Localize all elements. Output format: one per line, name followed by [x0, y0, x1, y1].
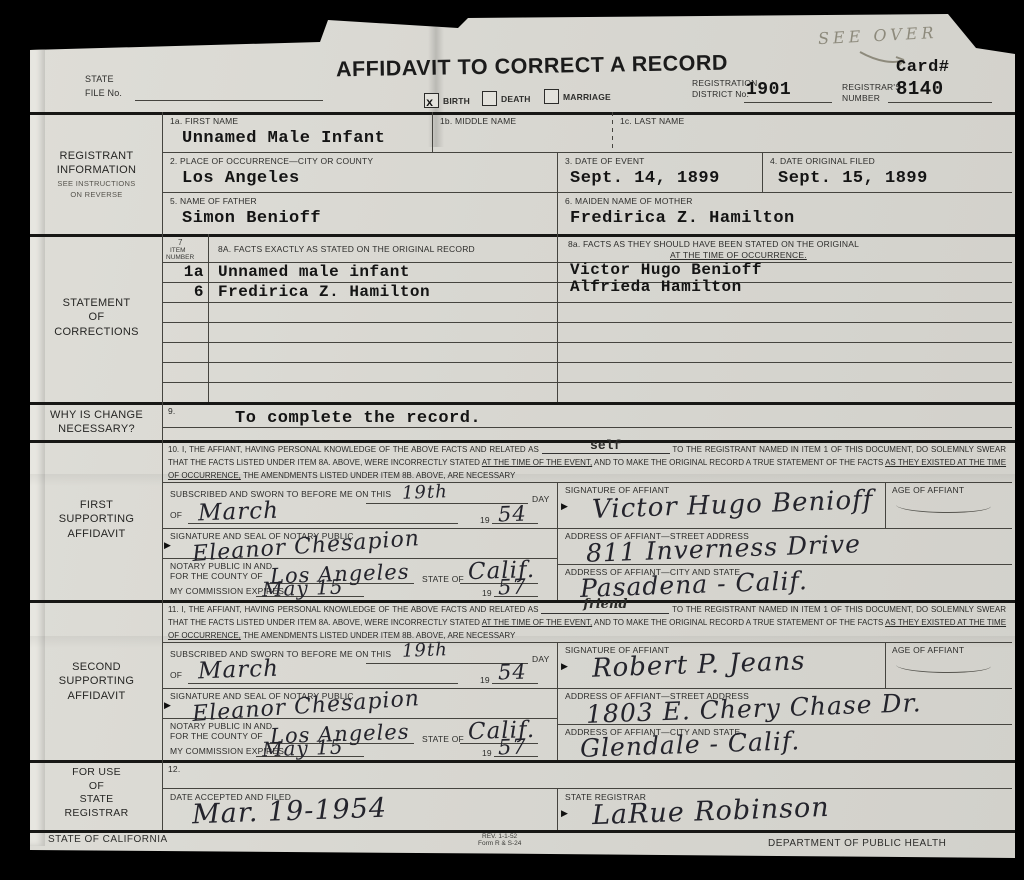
marriage-checkbox	[544, 89, 559, 104]
relation-fill: self	[542, 446, 670, 454]
year-prefix: 19	[480, 515, 490, 525]
footer-department-of-public-health: DEPARTMENT OF PUBLIC HEALTH	[768, 838, 946, 849]
date-original-filed-value: Sept. 15, 1899	[778, 169, 928, 188]
sworn-year-value: 54	[498, 502, 528, 527]
rule	[162, 788, 1012, 789]
registrars-number-label-1: REGISTRAR'S	[842, 82, 901, 92]
registration-district-label-2: DISTRICT No.	[692, 89, 749, 99]
correction-row-item: 6	[170, 283, 204, 301]
rule	[762, 152, 763, 192]
oath-paragraph-first: 10. I, THE AFFIANT, HAVING PERSONAL KNOW…	[168, 444, 1006, 482]
state-of-label: STATE OF	[422, 574, 464, 584]
date-of-event-label: 3. DATE OF EVENT	[565, 156, 645, 166]
rule	[557, 788, 558, 830]
signature-pointer-icon: ▶	[164, 540, 171, 551]
file-no-blank-line	[135, 100, 323, 101]
footer-form-number: Form R & S-24	[478, 840, 521, 847]
file-no-label: FILE No.	[85, 88, 122, 98]
oath-text: AND TO MAKE THE ORIGINAL RECORD A TRUE S…	[594, 458, 883, 467]
scanned-affidavit-document: { "colors":{"paper":"#d8d7d1","ink":"#1b…	[0, 0, 1024, 880]
rule	[30, 600, 1015, 603]
of-label: OF	[170, 670, 182, 680]
rule	[885, 642, 886, 688]
rule	[30, 760, 1015, 763]
form-title: AFFIDAVIT TO CORRECT A RECORD	[336, 51, 728, 83]
correction-row-item: 1a	[170, 263, 204, 281]
rule	[162, 192, 1012, 193]
signature-pointer-icon: ▶	[561, 661, 568, 672]
sidebar-text: STATEMENT	[39, 296, 154, 310]
age-blank-mark	[896, 658, 991, 673]
rule	[162, 362, 1012, 363]
place-of-occurrence-label: 2. PLACE OF OCCURRENCE—CITY OR COUNTY	[170, 156, 373, 166]
first-name-label: 1a. FIRST NAME	[170, 116, 238, 126]
rule	[30, 830, 1015, 833]
rule	[557, 234, 558, 402]
rule	[30, 234, 1015, 237]
oath-text: I, THE AFFIANT, HAVING PERSONAL KNOWLEDG…	[182, 445, 539, 454]
death-checkbox	[482, 91, 497, 106]
rule	[30, 440, 1015, 443]
registration-district-value: 1901	[746, 80, 791, 100]
notary-public-label-2: FOR THE COUNTY OF	[170, 571, 263, 581]
rule	[30, 112, 1015, 115]
sidebar-first-supporting-affidavit: FIRST SUPPORTING AFFIDAVIT	[39, 498, 154, 541]
age-blank-mark	[896, 498, 991, 513]
sidebar-for-use-of-state-registrar: FOR USE OF STATE REGISTRAR	[39, 766, 154, 821]
rule	[162, 322, 1012, 323]
oath-paragraph-second: 11. I, THE AFFIANT, HAVING PERSONAL KNOW…	[168, 604, 1006, 642]
birth-label: BIRTH	[443, 96, 470, 106]
signature-pointer-icon: ▶	[561, 501, 568, 512]
notary-public-label-1: NOTARY PUBLIC IN AND	[170, 561, 272, 571]
birth-checkbox-mark: x	[426, 96, 434, 110]
middle-name-label: 1b. MIDDLE NAME	[440, 116, 516, 126]
oath-text: AND TO MAKE THE ORIGINAL RECORD A TRUE S…	[594, 618, 883, 627]
rule	[162, 342, 1012, 343]
sidebar-text: CORRECTIONS	[39, 325, 154, 339]
state-of-label: STATE OF	[422, 734, 464, 744]
rule	[208, 234, 209, 402]
mother-maiden-name-label: 6. MAIDEN NAME OF MOTHER	[565, 196, 693, 206]
sidebar-text: FOR USE	[39, 766, 154, 780]
rule	[557, 482, 558, 600]
rule	[885, 482, 886, 528]
rule	[432, 112, 433, 152]
item-number-col-label: ITEM	[170, 247, 186, 254]
oath-item-number: 10.	[168, 445, 179, 454]
year-prefix: 19	[482, 748, 492, 758]
sidebar-text: REGISTRAR	[39, 807, 154, 821]
notary-public-label-2: FOR THE COUNTY OF	[170, 731, 263, 741]
affiant-signature-value: Robert P. Jeans	[592, 646, 806, 683]
commission-date-value: May 15	[262, 575, 344, 602]
oath-text: THE AMENDMENTS LISTED UNDER ITEM 8B. ABO…	[243, 471, 515, 480]
sworn-month-value: March	[198, 498, 280, 527]
facts-original-col-label: 8A. FACTS EXACTLY AS STATED ON THE ORIGI…	[218, 244, 475, 254]
sworn-month-value: March	[198, 656, 280, 685]
relation-value: friend	[583, 597, 627, 612]
age-of-affiant-label: AGE OF AFFIANT	[892, 485, 964, 495]
why-value: To complete the record.	[235, 409, 481, 428]
sworn-label: SUBSCRIBED AND SWORN TO BEFORE ME ON THI…	[170, 489, 391, 499]
rule	[162, 528, 1012, 529]
date-of-event-value: Sept. 14, 1899	[570, 169, 720, 188]
relation-fill: friend	[541, 606, 669, 614]
sworn-day-value: 19th	[402, 639, 448, 662]
rule	[557, 152, 558, 234]
place-of-occurrence-value: Los Angeles	[182, 169, 300, 188]
item-12-label: 12.	[168, 764, 180, 774]
oath-text: THE AMENDMENTS LISTED UNDER ITEM 8B. ABO…	[243, 631, 515, 640]
sidebar-note: ON REVERSE	[39, 189, 154, 200]
see-over-annotation: SEE OVER	[818, 23, 938, 48]
correction-row-original: Unnamed male infant	[218, 263, 410, 281]
sidebar-text: OF	[39, 310, 154, 324]
item-number-col-label: 7	[178, 238, 182, 247]
notary-year-value: 57	[498, 575, 528, 600]
correction-row-original: Fredirica Z. Hamilton	[218, 283, 430, 301]
card-number-label: Card#	[896, 58, 950, 77]
sidebar-text: FIRST	[39, 498, 154, 512]
year-prefix: 19	[480, 675, 490, 685]
sidebar-text: SUPPORTING	[39, 512, 154, 526]
last-name-label: 1c. LAST NAME	[620, 116, 684, 126]
sidebar-text: INFORMATION	[39, 163, 154, 177]
oath-item-number: 11.	[168, 605, 179, 614]
day-label: DAY	[532, 494, 549, 504]
day-label: DAY	[532, 654, 549, 664]
rule	[30, 402, 1015, 405]
rule	[612, 112, 613, 152]
sidebar-text: STATE	[39, 793, 154, 807]
affidavit-form-paper: SEE OVER STATE FILE No. AFFIDAVIT TO COR…	[30, 12, 1015, 858]
sworn-day-value: 19th	[402, 481, 448, 504]
sidebar-text: WHY IS CHANGE	[39, 408, 154, 422]
relation-value: self	[590, 438, 621, 453]
rule	[162, 112, 163, 830]
father-name-value: Simon Benioff	[182, 209, 321, 228]
rule	[162, 382, 1012, 383]
sidebar-text: REGISTRANT	[39, 149, 154, 163]
father-name-label: 5. NAME OF FATHER	[170, 196, 257, 206]
commission-date-value: May 15	[262, 735, 344, 762]
oath-text: AT THE TIME OF THE EVENT,	[482, 618, 592, 627]
correction-row-corrected: Alfrieda Hamilton	[570, 278, 742, 296]
sidebar-text: AFFIDAVIT	[39, 689, 154, 703]
footer-revision: REV. 1-1-52	[482, 833, 517, 840]
sidebar-registrant-information: REGISTRANT INFORMATION SEE INSTRUCTIONS …	[39, 149, 154, 200]
sidebar-second-supporting-affidavit: SECOND SUPPORTING AFFIDAVIT	[39, 660, 154, 703]
first-name-value: Unnamed Male Infant	[182, 129, 385, 148]
state-label: STATE	[85, 74, 114, 84]
rule	[162, 152, 1012, 153]
notary-public-label-1: NOTARY PUBLIC IN AND	[170, 721, 272, 731]
why-item-number: 9.	[168, 406, 176, 416]
registrars-number-value: 8140	[896, 78, 944, 100]
marriage-label: MARRIAGE	[563, 92, 611, 102]
item-number-col-label: NUMBER	[166, 254, 194, 261]
sidebar-text: AFFIDAVIT	[39, 527, 154, 541]
signature-pointer-icon: ▶	[164, 700, 171, 711]
rule	[162, 302, 1012, 303]
sidebar-statement-of-corrections: STATEMENT OF CORRECTIONS	[39, 296, 154, 339]
rule	[557, 642, 558, 760]
sworn-year-value: 54	[498, 660, 528, 685]
death-label: DEATH	[501, 94, 531, 104]
year-prefix: 19	[482, 588, 492, 598]
notary-year-value: 57	[498, 735, 528, 760]
registrars-number-blank-line	[888, 102, 992, 103]
sidebar-text: OF	[39, 780, 154, 794]
correction-row-corrected: Victor Hugo Benioff	[570, 261, 762, 279]
sidebar-text: NECESSARY?	[39, 422, 154, 436]
facts-corrected-col-label: 8a. FACTS AS THEY SHOULD HAVE BEEN STATE…	[568, 239, 859, 249]
sidebar-note: SEE INSTRUCTIONS	[39, 178, 154, 189]
date-accepted-value: Mar. 19-1954	[192, 793, 388, 831]
sidebar-text: SUPPORTING	[39, 674, 154, 688]
signature-pointer-icon: ▶	[561, 808, 568, 819]
of-label: OF	[170, 510, 182, 520]
facts-corrected-col-label-2: AT THE TIME OF OCCURRENCE.	[670, 250, 807, 260]
oath-text: I, THE AFFIANT, HAVING PERSONAL KNOWLEDG…	[181, 605, 538, 614]
registrars-number-label-2: NUMBER	[842, 93, 880, 103]
sidebar-text: SECOND	[39, 660, 154, 674]
age-of-affiant-label: AGE OF AFFIANT	[892, 645, 964, 655]
registration-district-blank-line	[744, 102, 832, 103]
date-original-filed-label: 4. DATE ORIGINAL FILED	[770, 156, 875, 166]
sidebar-why-is-change-necessary: WHY IS CHANGE NECESSARY?	[39, 408, 154, 437]
oath-text: AT THE TIME OF THE EVENT,	[482, 458, 592, 467]
footer-state-of-california: STATE OF CALIFORNIA	[48, 834, 168, 845]
mother-maiden-name-value: Fredirica Z. Hamilton	[570, 209, 795, 228]
